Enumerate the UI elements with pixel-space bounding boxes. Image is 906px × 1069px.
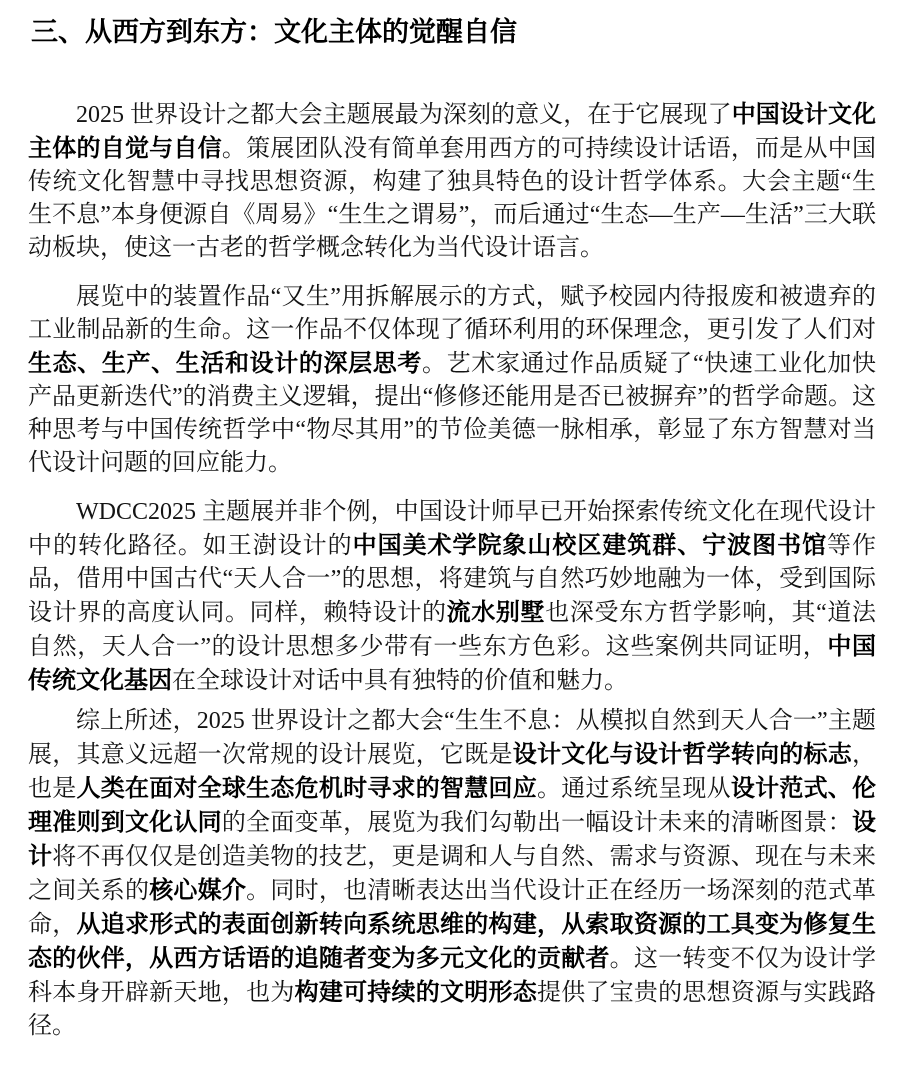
- bold-run: 核心媒介: [149, 877, 246, 904]
- text-run: 的全面变革，展览为我们勾勒出一幅设计未来的清晰图景：: [222, 810, 852, 836]
- text-run: 展览中的装置作品“又生”用拆解展示的方式，赋予校园内待报废和被遗弃的工业制品新的…: [28, 284, 876, 343]
- paragraph-4: 综上所述，2025 世界设计之都大会“生生不息：从模拟自然到天人合一”主题展，其…: [28, 705, 876, 1043]
- bold-run: 人类在面对全球生态危机时寻求的智慧回应: [76, 775, 536, 802]
- text-run: 2025 世界设计之都大会主题展最为深刻的意义，在于它展现了: [76, 102, 732, 128]
- document-body: 2025 世界设计之都大会主题展最为深刻的意义，在于它展现了中国设计文化主体的自…: [28, 98, 876, 1043]
- paragraph-3: WDCC2025 主题展并非个例，中国设计师早已开始探索传统文化在现代设计中的转…: [28, 496, 876, 698]
- bold-run: 构建可持续的文明形态: [295, 979, 537, 1006]
- document-page: 三、从西方到东方：文化主体的觉醒自信 2025 世界设计之都大会主题展最为深刻的…: [0, 0, 906, 1069]
- paragraph-1: 2025 世界设计之都大会主题展最为深刻的意义，在于它展现了中国设计文化主体的自…: [28, 98, 876, 265]
- bold-run: 生态、生产、生活和设计的深层思考: [28, 350, 422, 377]
- text-run: 。通过系统呈现从: [537, 776, 731, 802]
- section-heading: 三、从西方到东方：文化主体的觉醒自信: [31, 16, 876, 48]
- bold-run: 流水别墅: [447, 599, 546, 626]
- bold-run: 中国美术学院象山校区建筑群、宁波图书馆: [353, 532, 827, 559]
- text-run: 在全球设计对话中具有独特的价值和魅力。: [172, 668, 628, 694]
- bold-run: 设计文化与设计哲学转向的标志: [513, 741, 852, 768]
- paragraph-2: 展览中的装置作品“又生”用拆解展示的方式，赋予校园内待报废和被遗弃的工业制品新的…: [28, 281, 876, 480]
